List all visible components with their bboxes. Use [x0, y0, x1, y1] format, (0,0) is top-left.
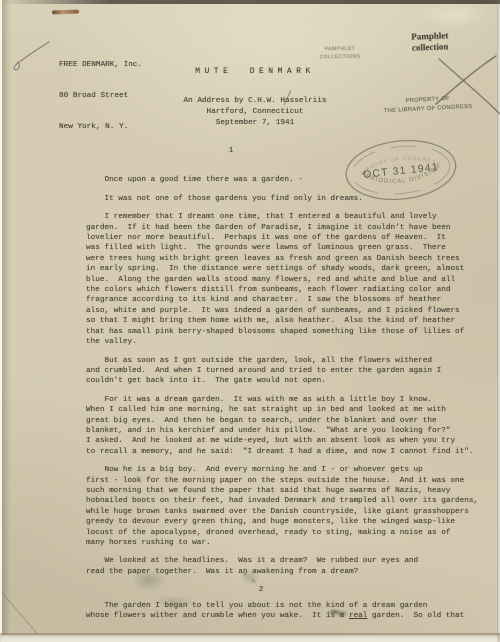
pencil-x-mark: [430, 52, 500, 118]
paragraph-dream-garden: I remember that I dreamt one time, that …: [86, 212, 498, 347]
scan-edge-bottom: [0, 635, 500, 642]
paragraph-outside-garden: But as soon as I got outside the garden,…: [86, 356, 498, 387]
paragraph-little-boy: For it was a dream garden. It was with m…: [86, 395, 498, 457]
scan-edge-left-shadow: [2, 0, 11, 642]
pencil-slash: [280, 88, 294, 108]
scan-edge-top: [0, 0, 500, 4]
subtitle-date: September 7, 1941: [10, 118, 500, 129]
pamphlet-collections-faint-stamp: PAMPHLET COLLECTIONS: [316, 46, 364, 62]
date-received-stamp: LIBRARY OF CONGRESS OCT 31 1941 PERIODIC…: [339, 132, 463, 210]
ink-smudge: [146, 592, 202, 612]
ink-smudge: [236, 565, 264, 589]
paper-discoloration: [408, 0, 500, 36]
real-garden-text-after: garden. So old that: [367, 612, 464, 620]
document-body: 1 Once upon a good time there was a gard…: [86, 146, 498, 629]
faint-stamp-line2: COLLECTIONS: [316, 53, 364, 61]
underlined-word: real: [349, 612, 367, 620]
document-title: MUTE DENMARK: [10, 67, 500, 77]
scanned-document-page: FREE DENMARK, Inc. 80 Broad Street New Y…: [0, 0, 500, 642]
pencil-scribble: [6, 36, 54, 72]
ink-smudge: [325, 606, 349, 619]
paragraph-morning-paper: Now he is a big boy. And every morning h…: [86, 465, 498, 548]
section-number-1: 1: [86, 146, 376, 156]
